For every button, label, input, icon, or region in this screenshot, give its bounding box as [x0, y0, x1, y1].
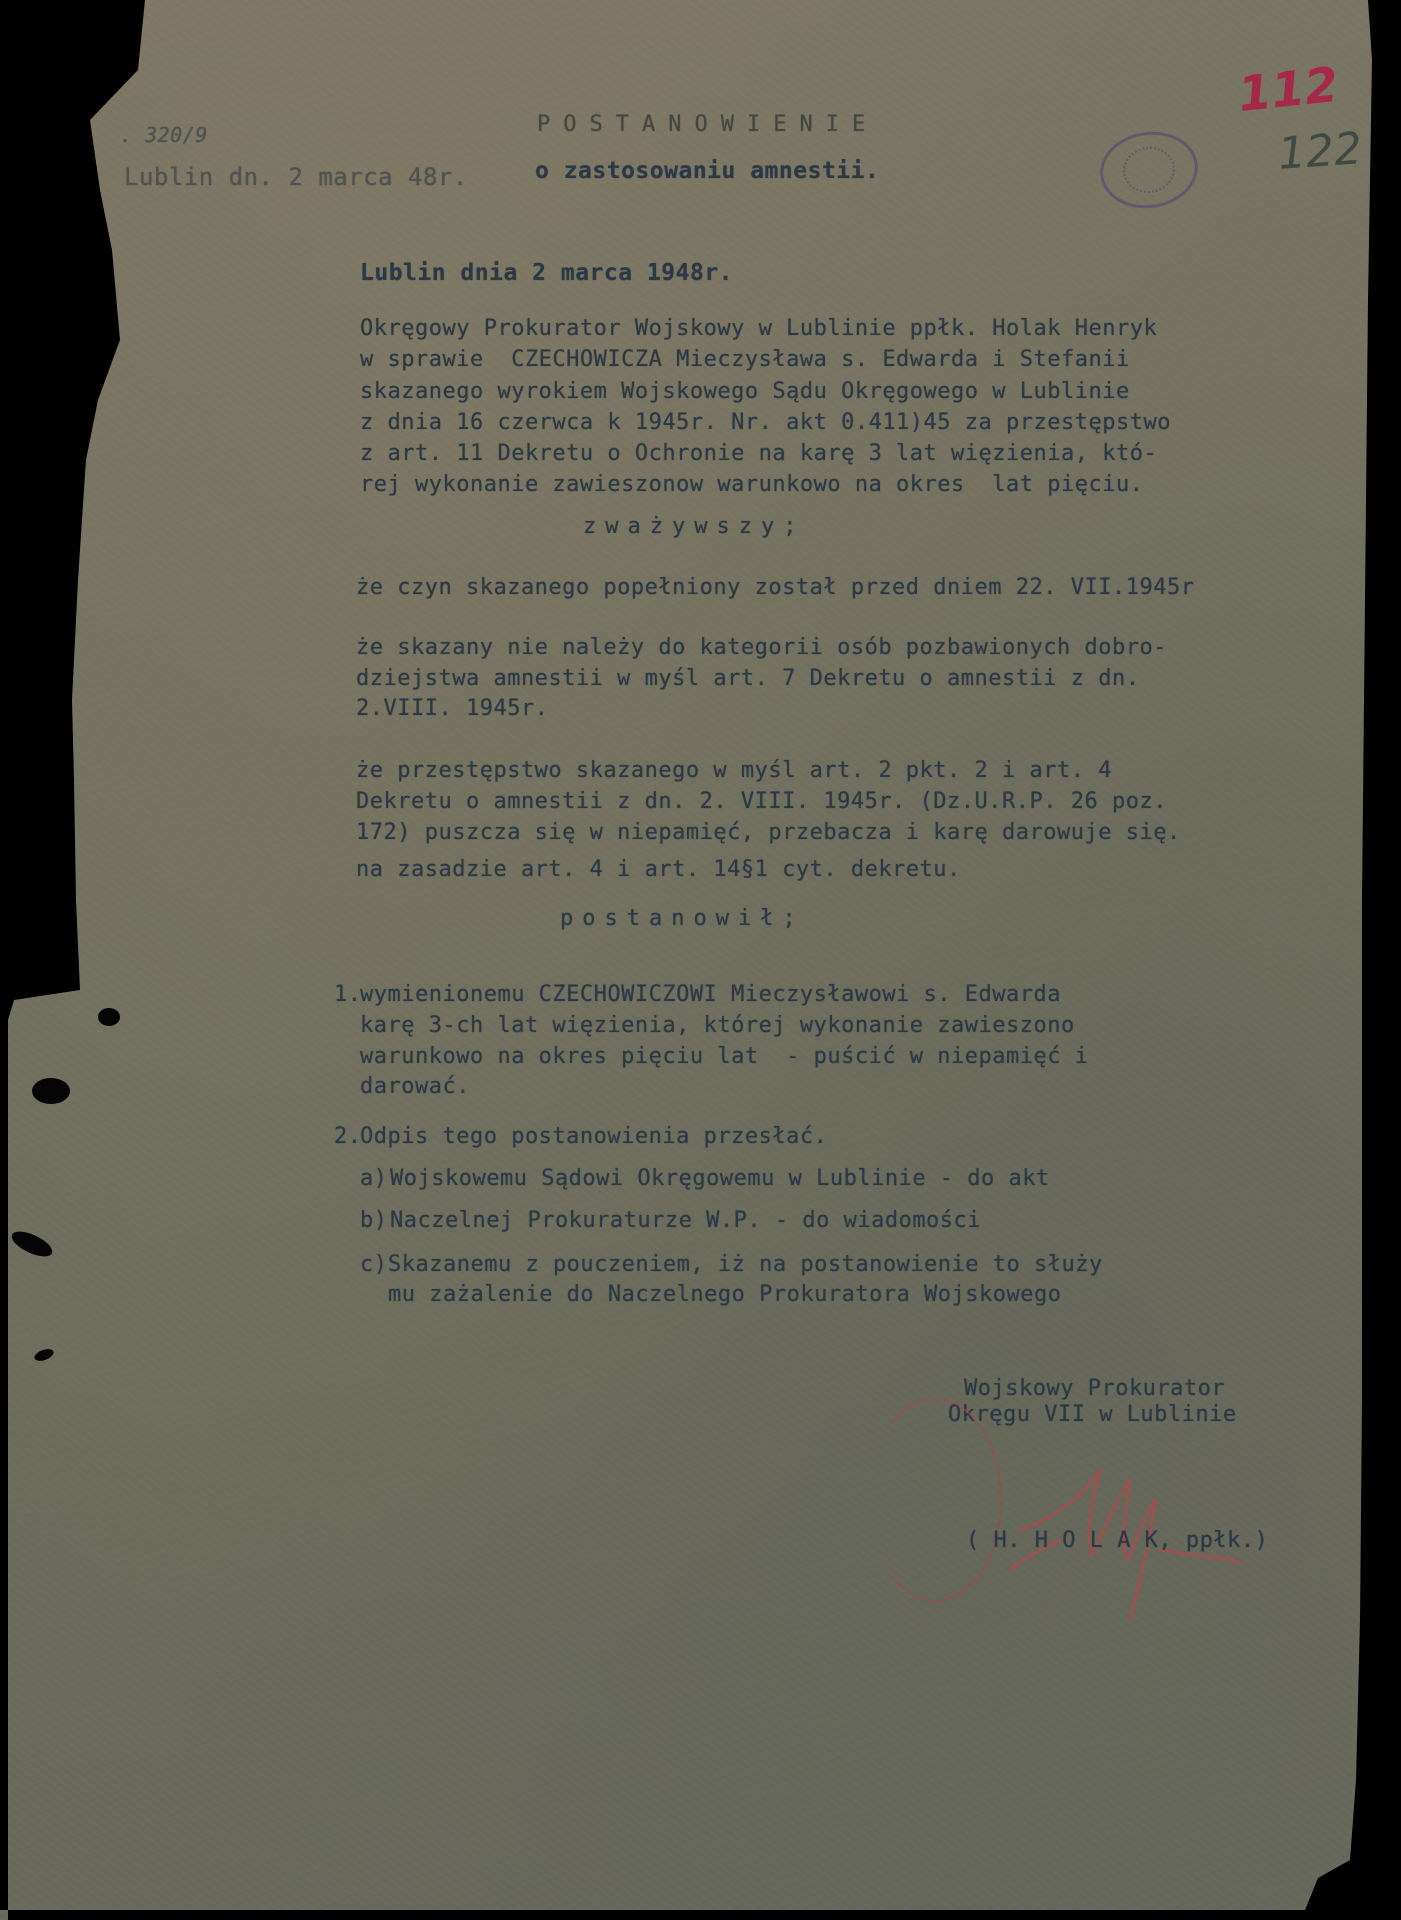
- intro-line: z dnia 16 czerwca k 1945r. Nr. akt 0.411…: [360, 412, 1171, 434]
- consideration-line: Dekretu o amnestii z dn. 2. VIII. 1945r.…: [356, 791, 1167, 813]
- consideration-line: że skazany nie należy do kategorii osób …: [356, 637, 1167, 659]
- consideration-line: dziejstwa amnestii w myśl art. 7 Dekretu…: [356, 668, 1139, 690]
- intro-line: z art. 11 Dekretu o Ochronie na karę 3 l…: [360, 443, 1157, 465]
- signatory-name: ( H. H O L A K, ppłk.): [966, 1530, 1268, 1552]
- tear-hole: [32, 1078, 70, 1104]
- date-line: Lublin dnia 2 marca 1948r.: [360, 262, 733, 284]
- consideration-line: na zasadzie art. 4 i art. 14§1 cyt. dekr…: [356, 859, 961, 881]
- header-date: Lublin dn. 2 marca 48r.: [124, 166, 468, 188]
- sub-item-letter: a): [360, 1168, 388, 1190]
- consideration-line: 2.VIII. 1945r.: [356, 698, 548, 720]
- decision-line: wymienionemu CZECHOWICZOWI Mieczysławowi…: [360, 984, 1061, 1006]
- decision-number: 2.: [334, 1126, 362, 1148]
- sub-item-line: Wojskowemu Sądowi Okręgowemu w Lublinie …: [390, 1168, 1050, 1190]
- decided-heading: postanowił;: [560, 908, 805, 930]
- consideration-line: 172) puszcza się w niepamięć, przebacza …: [356, 822, 1181, 844]
- decision-line: karę 3-ch lat więzienia, której wykonani…: [360, 1015, 1075, 1037]
- consideration-line: że przestępstwo skazanego w myśl art. 2 …: [356, 760, 1112, 782]
- handwritten-signature: [980, 1390, 1240, 1650]
- tear-hole: [98, 1008, 120, 1026]
- decision-line: warunkowo na okres pięciu lat - puścić w…: [360, 1046, 1089, 1068]
- pencil-folio-number: 122: [1276, 123, 1363, 180]
- scanned-page: . 320/9 Lublin dn. 2 marca 48r. POSTANOW…: [0, 0, 1401, 1920]
- document-title: POSTANOWIENIE: [537, 114, 878, 136]
- decision-line: Odpis tego postanowienia przesłać.: [360, 1126, 827, 1148]
- sub-item-letter: b): [360, 1210, 388, 1232]
- sub-item-line: Skazanemu z pouczeniem, iż na postanowie…: [388, 1254, 1103, 1276]
- sub-item-line: Naczelnej Prokuraturze W.P. - do wiadomo…: [390, 1210, 981, 1232]
- decision-number: 1.: [334, 984, 362, 1006]
- intro-line: w sprawie CZECHOWICZA Mieczysława s. Edw…: [360, 349, 1130, 371]
- intro-line: rej wykonanie zawieszonow warunkowo na o…: [360, 474, 1143, 496]
- intro-line: skazanego wyrokiem Wojskowego Sądu Okręg…: [360, 381, 1130, 403]
- file-reference: . 320/9: [120, 124, 208, 146]
- decision-line: darować.: [360, 1076, 470, 1098]
- consideration-line: że czyn skazanego popełniony został prze…: [356, 577, 1194, 599]
- sub-item-line: mu zażalenie do Naczelnego Prokuratora W…: [388, 1284, 1062, 1306]
- document-subtitle: o zastosowaniu amnestii.: [535, 160, 879, 182]
- intro-line: Okręgowy Prokurator Wojskowy w Lublinie …: [360, 318, 1157, 340]
- red-folio-number: 112: [1235, 57, 1341, 123]
- sub-item-letter: c): [360, 1254, 388, 1276]
- considering-heading: zważywszy;: [583, 516, 805, 538]
